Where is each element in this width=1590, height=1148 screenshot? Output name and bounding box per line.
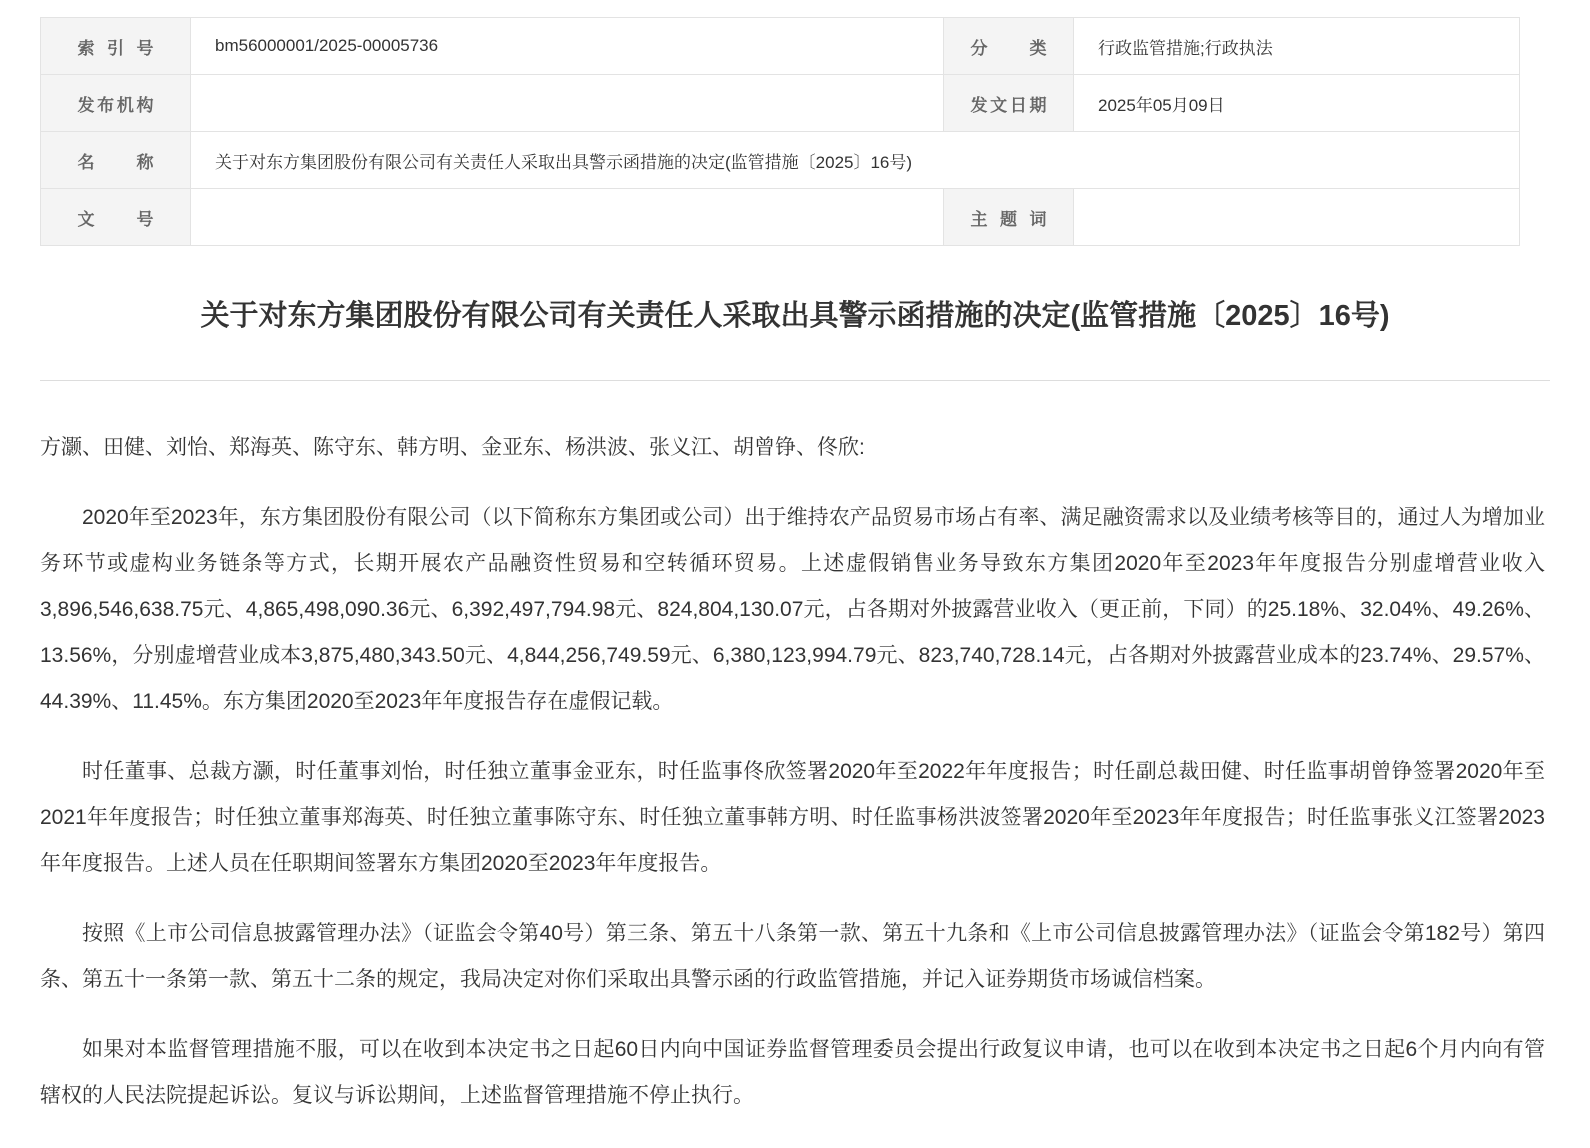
- paragraph-signatories: 时任董事、总裁方灏，时任董事刘怡，时任独立董事金亚东，时任监事佟欣签署2020年…: [40, 749, 1545, 887]
- paragraph-decision: 按照《上市公司信息披露管理办法》（证监会令第40号）第三条、第五十八条第一款、第…: [40, 911, 1545, 1003]
- issuer-label: 发布机构: [78, 91, 154, 116]
- name-label-cell: 名称: [41, 132, 191, 189]
- keywords-label: 主题词: [971, 205, 1047, 230]
- issuer-label-cell: 发布机构: [41, 75, 191, 132]
- category-label-cell: 分类: [944, 18, 1074, 75]
- doc-number-label-cell: 文号: [41, 189, 191, 246]
- document-body: 方灏、田健、刘怡、郑海英、陈守东、韩方明、金亚东、杨洪波、张义江、胡曾铮、佟欣:…: [40, 425, 1545, 1119]
- index-number-label: 索引号: [78, 34, 154, 59]
- document-title: 关于对东方集团股份有限公司有关责任人采取出具警示函措施的决定(监管措施〔2025…: [60, 296, 1530, 336]
- name-label: 名称: [78, 148, 154, 173]
- category-value: 行政监管措施;行政执法: [1074, 18, 1520, 75]
- meta-row-docnum-keywords: 文号 主题词: [41, 189, 1520, 246]
- keywords-value: [1074, 189, 1520, 246]
- meta-row-name: 名称 关于对东方集团股份有限公司有关责任人采取出具警示函措施的决定(监管措施〔2…: [41, 132, 1520, 189]
- recipients-line: 方灏、田健、刘怡、郑海英、陈守东、韩方明、金亚东、杨洪波、张义江、胡曾铮、佟欣:: [40, 425, 1545, 471]
- issue-date-label: 发文日期: [971, 91, 1047, 116]
- title-divider: [40, 380, 1550, 381]
- doc-number-label: 文号: [78, 205, 154, 230]
- issue-date-value: 2025年05月09日: [1074, 75, 1520, 132]
- meta-info-table: 索引号 bm56000001/2025-00005736 分类 行政监管措施;行…: [40, 17, 1520, 246]
- index-number-value: bm56000001/2025-00005736: [191, 18, 944, 75]
- name-value: 关于对东方集团股份有限公司有关责任人采取出具警示函措施的决定(监管措施〔2025…: [191, 132, 1520, 189]
- category-label: 分类: [971, 34, 1047, 59]
- issue-date-label-cell: 发文日期: [944, 75, 1074, 132]
- paragraph-appeal: 如果对本监督管理措施不服，可以在收到本决定书之日起60日内向中国证券监督管理委员…: [40, 1027, 1545, 1119]
- meta-row-index-category: 索引号 bm56000001/2025-00005736 分类 行政监管措施;行…: [41, 18, 1520, 75]
- keywords-label-cell: 主题词: [944, 189, 1074, 246]
- issuer-value: [191, 75, 944, 132]
- paragraph-facts: 2020年至2023年，东方集团股份有限公司（以下简称东方集团或公司）出于维持农…: [40, 495, 1545, 725]
- document-page: 索引号 bm56000001/2025-00005736 分类 行政监管措施;行…: [0, 17, 1590, 1148]
- doc-number-value: [191, 189, 944, 246]
- meta-row-issuer-date: 发布机构 发文日期 2025年05月09日: [41, 75, 1520, 132]
- index-number-label-cell: 索引号: [41, 18, 191, 75]
